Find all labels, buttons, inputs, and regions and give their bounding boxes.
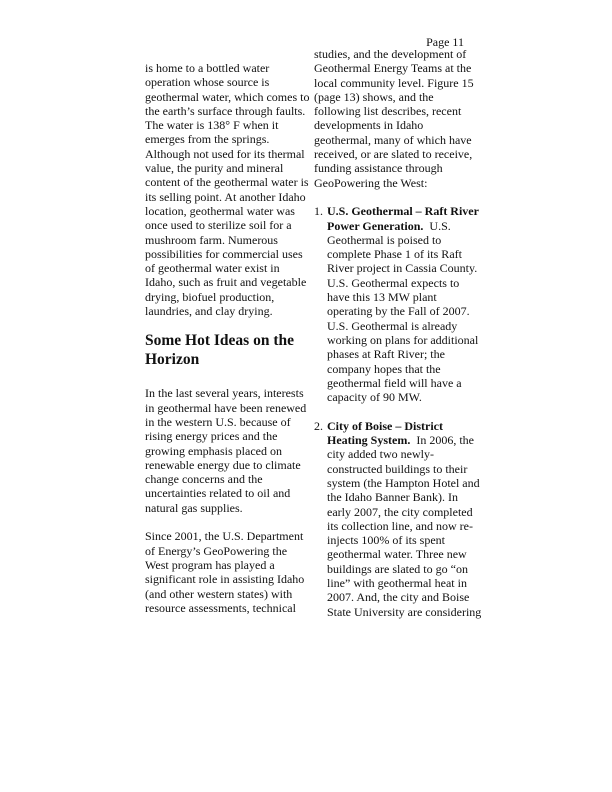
text-line: line” with geothermal heat in [327,576,476,590]
text-line: the earth’s surface through faults. [145,104,307,118]
text-line: system (the Hampton Hotel and [327,476,476,490]
list-number: 2. [314,419,323,433]
text-line: resource assessments, technical [145,601,307,615]
text-line: working on plans for additional [327,333,476,347]
text-line: constructed buildings to their [327,462,476,476]
text-line: U.S. [423,219,450,233]
text-line: phases at Raft River; the [327,347,476,361]
text-line: operating by the Fall of 2007. [327,304,476,318]
text-line: value, the purity and mineral [145,161,307,175]
text-line: complete Phase 1 of its Raft [327,247,476,261]
text-line: is home to a bottled water [145,61,307,75]
heading-line: Horizon [145,350,307,369]
text-line: funding assistance through [314,161,476,175]
text-line: possibilities for commercial uses [145,247,307,261]
text-line: West program has played a [145,558,307,572]
text-line: Geothermal Energy Teams at the [314,61,476,75]
text-line: natural gas supplies. [145,501,307,515]
item-title: City of Boise – District [327,419,476,433]
text-line: studies, and the development of [314,47,476,61]
text-line: geothermal, many of which have [314,133,476,147]
text-line: Geothermal is poised to [327,233,476,247]
text-line: The water is 138° F when it [145,118,307,132]
text-line: Although not used for its thermal [145,147,307,161]
text-line: mushroom farm. Numerous [145,233,307,247]
text-line: in geothermal have been renewed [145,401,307,415]
text-line: U.S. Geothermal expects to [327,276,476,290]
text-line: laundries, and clay drying. [145,304,307,318]
text-line: growing emphasis placed on [145,444,307,458]
text-line: local community level. Figure 15 [314,76,476,90]
text-line: of geothermal water exist in [145,261,307,275]
text-line: rising energy prices and the [145,429,307,443]
right-column: studies, and the development of Geotherm… [314,47,476,619]
text-line: Idaho, such as fruit and vegetable [145,275,307,289]
text-line: drying, biofuel production, [145,290,307,304]
text-line: (and other western states) with [145,587,307,601]
item-title: U.S. Geothermal – Raft River [327,204,476,218]
paragraph-bottled-water: is home to a bottled water operation who… [145,61,307,318]
text-line: geothermal water, which comes to [145,90,307,104]
left-column: is home to a bottled water operation who… [145,61,307,615]
text-line: geothermal water. Three new [327,547,476,561]
text-line: U.S. Geothermal is already [327,319,476,333]
text-line: in the western U.S. because of [145,415,307,429]
text-line: operation whose source is [145,75,307,89]
text-line: received, or are slated to receive, [314,147,476,161]
section-heading: Some Hot Ideas on the Horizon [145,331,307,369]
text-line: River project in Cassia County. [327,261,476,275]
text-line: injects 100% of its spent [327,533,476,547]
text-line: State University are considering [327,605,476,619]
text-line: once used to sterilize soil for a [145,218,307,232]
text-line: (page 13) shows, and the [314,90,476,104]
text-line: capacity of 90 MW. [327,390,476,404]
text-line: significant role in assisting Idaho [145,572,307,586]
text-line: GeoPowering the West: [314,176,476,190]
list-number: 1. [314,204,323,218]
item-title: Heating System. [327,433,410,447]
text-line: the Idaho Banner Bank). In [327,490,476,504]
text-line: of Energy’s GeoPowering the [145,544,307,558]
text-line: early 2007, the city completed [327,505,476,519]
text-line: its selling point. At another Idaho [145,190,307,204]
heading-line: Some Hot Ideas on the [145,331,307,350]
text-line: have this 13 MW plant [327,290,476,304]
text-line: In 2006, the [410,433,474,447]
text-line: In the last several years, interests [145,386,307,400]
text-line: Since 2001, the U.S. Department [145,529,307,543]
text-line: location, geothermal water was [145,204,307,218]
text-line: 2007. And, the city and Boise [327,590,476,604]
text-line: uncertainties related to oil and [145,486,307,500]
paragraph-geopowering: Since 2001, the U.S. Department of Energ… [145,529,307,615]
text-line: geothermal field will have a [327,376,476,390]
text-line: content of the geothermal water is [145,175,307,189]
list-item-boise-district-heating: 2. City of Boise – District Heating Syst… [314,419,476,619]
text-line: emerges from the springs. [145,132,307,146]
paragraph-intro-list: studies, and the development of Geotherm… [314,47,476,190]
text-line: company hopes that the [327,362,476,376]
list-item-raft-river: 1. U.S. Geothermal – Raft River Power Ge… [314,204,476,404]
text-line: renewable energy due to climate [145,458,307,472]
paragraph-renewed-interest: In the last several years, interests in … [145,386,307,515]
text-line: buildings are slated to go “on [327,562,476,576]
text-line: city added two newly- [327,447,476,461]
text-line: its collection line, and now re- [327,519,476,533]
text-line: following list describes, recent [314,104,476,118]
text-line: developments in Idaho [314,118,476,132]
text-line: change concerns and the [145,472,307,486]
item-title: Power Generation. [327,219,423,233]
